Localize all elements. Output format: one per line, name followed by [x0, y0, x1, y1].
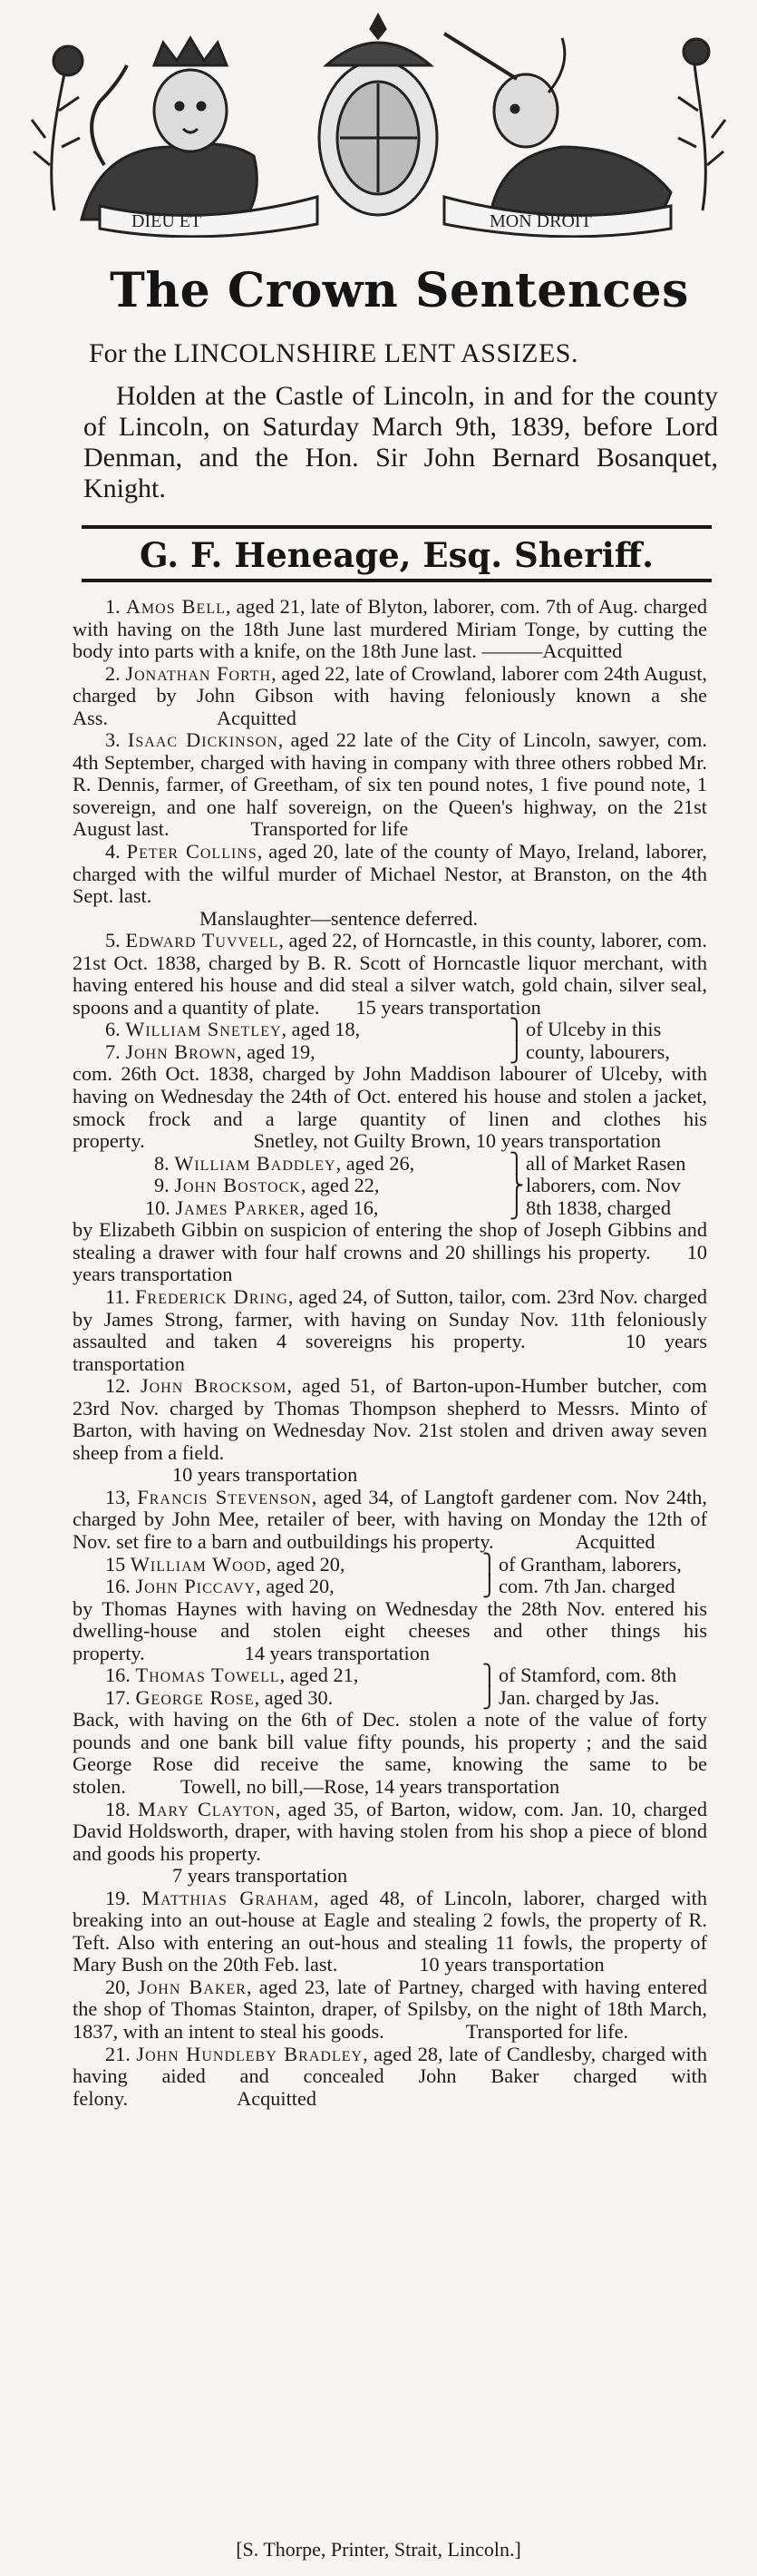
verdict: Acquitted — [108, 707, 296, 729]
defendant-name: John Hundleby Bradley — [136, 2043, 363, 2065]
sentence-entry: 13, Francis Stevenson, aged 34, of Langt… — [73, 1487, 707, 1554]
sentence-entry: 21. John Hundleby Bradley, aged 28, late… — [73, 2044, 707, 2111]
defendant-name: Isaac Dickinson — [128, 728, 278, 751]
sentence-entry: 1. Amos Bell, aged 21, late of Blyton, l… — [73, 596, 707, 663]
verdict: Transported for life. — [384, 2020, 628, 2043]
sentence-entry: 11. Frederick Dring, aged 24, of Sutton,… — [73, 1286, 707, 1375]
verdict: Transported for life — [170, 817, 409, 840]
sentence-entry: 19. Matthias Graham, aged 48, of Lincoln… — [73, 1888, 707, 1976]
group-row: 6. William Snetley, aged 18, ⎫ of Ulceby… — [73, 1019, 707, 1041]
verdict: 10 years transportation — [337, 1953, 604, 1976]
brace-icon: ⎭ — [480, 1576, 499, 1598]
defendant-name: Frederick Dring — [135, 1285, 288, 1308]
motto-left: DIEU ET — [131, 211, 201, 231]
printer-imprint: [S. Thorpe, Printer, Strait, Lincoln.] — [0, 2538, 757, 2561]
defendant-name: Mary Clayton — [138, 1798, 276, 1820]
group-row: 16. John Piccavy, aged 20, ⎭ com. 7th Ja… — [73, 1576, 707, 1598]
holden-text: Holden at the Castle of Lincoln, in and … — [83, 381, 718, 504]
defendant-name: Jonathan Forth — [125, 662, 271, 685]
sentence-group: 6. William Snetley, aged 18, ⎫ of Ulceby… — [73, 1019, 707, 1152]
royal-coat-of-arms-icon: DIEU ET MON DROIT — [18, 11, 739, 238]
verdict: Manslaughter—sentence deferred. — [73, 908, 707, 931]
group-row: 8. William Baddley, aged 26, ⎫ all of Ma… — [73, 1153, 707, 1176]
defendant-name: Amos Bell — [126, 595, 226, 618]
subtitle: For the LINCOLNSHIRE LENT ASSIZES. — [89, 338, 714, 369]
verdict: 15 years transportation — [319, 996, 540, 1019]
sentence-group: 8. William Baddley, aged 26, ⎫ all of Ma… — [73, 1153, 707, 1286]
group-row: 10. James Parker, aged 16, ⎭ 8th 1838, c… — [73, 1197, 707, 1220]
verdict: 7 years transportation — [73, 1865, 707, 1888]
defendant-name: John Brocksom — [141, 1374, 286, 1397]
verdict: 10 years transportation — [73, 1464, 707, 1487]
verdict: Acquitted — [494, 1530, 655, 1553]
brace-icon: ⎫ — [508, 1153, 526, 1176]
defendant-name: William Baddley — [174, 1152, 335, 1175]
defendant-name: James Parker — [175, 1196, 299, 1219]
verdict: 14 years transportation — [145, 1642, 430, 1664]
brace-icon: ⎫ — [480, 1664, 499, 1687]
defendant-name: John Piccavy — [135, 1575, 256, 1597]
sheriff-heading: G. F. Heneage, Esq. Sheriff. — [82, 535, 712, 575]
sentence-group: 16. Thomas Towell, aged 21, ⎫ of Stamfor… — [73, 1664, 707, 1798]
verdict: Acquitted — [128, 2087, 316, 2110]
brace-icon: ⎭ — [480, 1687, 499, 1710]
group-row: 16. Thomas Towell, aged 21, ⎫ of Stamfor… — [73, 1664, 707, 1687]
brace-icon: ⎫ — [508, 1019, 526, 1041]
divider-top — [82, 525, 712, 529]
sentence-entry: 18. Mary Clayton, aged 35, of Barton, wi… — [73, 1799, 707, 1888]
sentence-entry: 5. Edward Tuvvell, aged 22, of Horncastl… — [73, 930, 707, 1019]
defendant-name: Francis Stevenson — [137, 1486, 311, 1508]
defendant-name: George Rose — [135, 1686, 254, 1709]
page-title: The Crown Sentences — [80, 263, 719, 318]
motto-right: MON DROIT — [490, 211, 592, 231]
broadside-page: DIEU ET MON DROIT The Crown Sentences Fo… — [0, 0, 757, 2576]
brace-icon: ⎬ — [508, 1175, 526, 1197]
defendant-name: Peter Collins — [127, 840, 257, 863]
holden-statement: Holden at the Castle of Lincoln, in and … — [83, 381, 718, 504]
divider-bottom — [82, 579, 712, 582]
brace-icon: ⎫ — [480, 1554, 499, 1576]
sentences-list: 1. Amos Bell, aged 21, late of Blyton, l… — [73, 596, 707, 2110]
brace-icon: ⎭ — [508, 1041, 526, 1064]
group-row: 15 William Wood, aged 20, ⎫ of Grantham,… — [73, 1554, 707, 1576]
sentence-entry: 4. Peter Collins, aged 20, late of the c… — [73, 841, 707, 930]
defendant-name: John Brown — [125, 1040, 237, 1063]
sentence-group: 15 William Wood, aged 20, ⎫ of Grantham,… — [73, 1554, 707, 1665]
group-row: 17. George Rose, aged 30. ⎭ Jan. charged… — [73, 1687, 707, 1710]
verdict: Acquitted — [542, 639, 622, 662]
defendant-name: Thomas Towell — [135, 1664, 279, 1686]
subtitle-prefix: For the — [89, 338, 167, 368]
sentence-entry: 3. Isaac Dickinson, aged 22 late of the … — [73, 729, 707, 841]
defendant-name: William Snetley — [125, 1018, 281, 1040]
defendant-name: John Baker — [138, 1976, 247, 1998]
defendant-name: Matthias Graham — [141, 1887, 314, 1909]
group-row: 7. John Brown, aged 19, ⎭ county, labour… — [73, 1041, 707, 1064]
brace-icon: ⎭ — [508, 1197, 526, 1220]
defendant-name: Edward Tuvvell — [125, 929, 278, 951]
verdict: Brown, 10 years transportation — [411, 1129, 661, 1152]
verdict: Towell, no bill,—Rose, 14 years transpor… — [126, 1775, 559, 1798]
sentence-entry: 2. Jonathan Forth, aged 22, late of Crow… — [73, 663, 707, 730]
verdict: Snetley, not Guilty — [145, 1129, 406, 1152]
defendant-name: William Wood — [131, 1553, 267, 1576]
group-row: 9. John Bostock, aged 22, ⎬ laborers, co… — [73, 1175, 707, 1197]
sentence-entry: 20, John Baker, aged 23, late of Partney… — [73, 1976, 707, 2044]
sentence-entry: 12. John Brocksom, aged 51, of Barton-up… — [73, 1375, 707, 1487]
defendant-name: John Bostock — [174, 1174, 301, 1196]
subtitle-assizes: LINCOLNSHIRE LENT ASSIZES. — [173, 338, 578, 368]
